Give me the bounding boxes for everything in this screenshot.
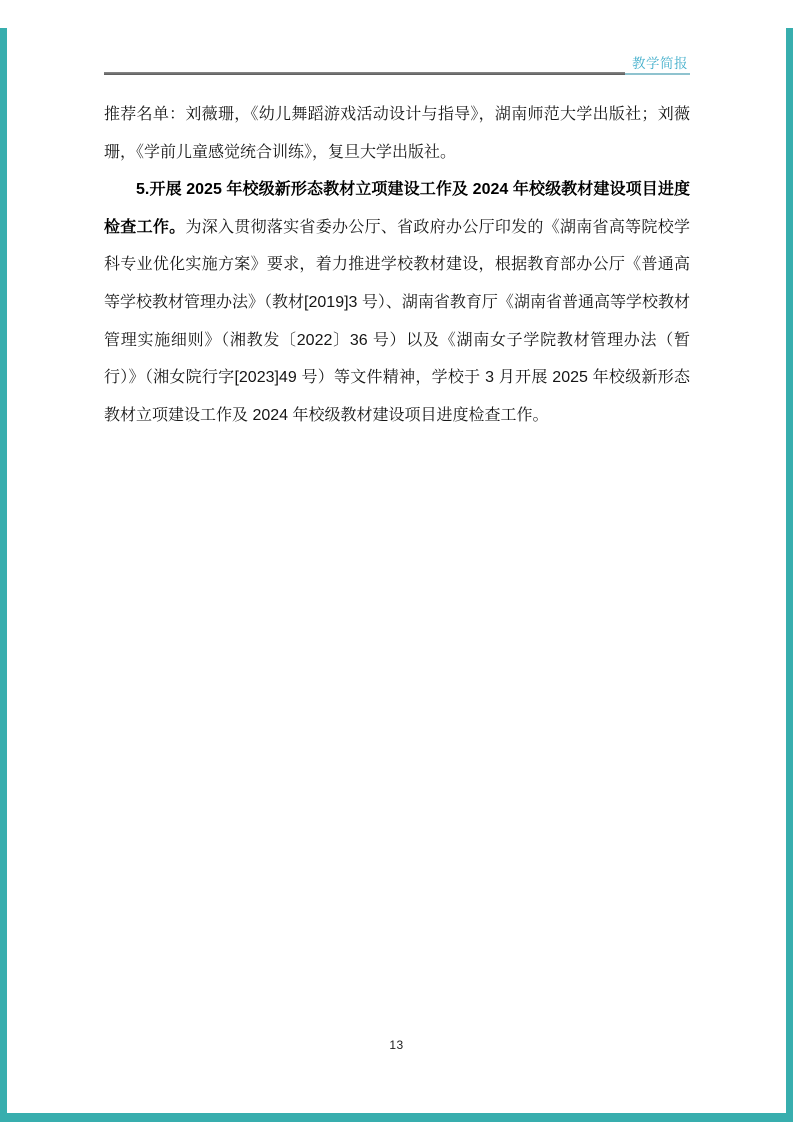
page-number: 13 xyxy=(0,1038,793,1052)
document-page: 教学简报 推荐名单：刘薇珊，《幼儿舞蹈游戏活动设计与指导》，湖南师范大学出版社；… xyxy=(0,0,793,1122)
header-rule xyxy=(104,72,625,75)
header-title: 教学简报 xyxy=(625,55,690,75)
paragraph-section-5: 5.开展 2025 年校级新形态教材立项建设工作及 2024 年校级教材建设项目… xyxy=(104,171,690,434)
page-header: 教学简报 xyxy=(104,56,690,75)
page-border-bottom xyxy=(0,1113,793,1122)
paragraph-recommend-list: 推荐名单：刘薇珊，《幼儿舞蹈游戏活动设计与指导》，湖南师范大学出版社；刘薇珊，《… xyxy=(104,96,690,171)
paragraph-text: 推荐名单：刘薇珊，《幼儿舞蹈游戏活动设计与指导》，湖南师范大学出版社；刘薇珊，《… xyxy=(104,106,690,161)
document-body: 推荐名单：刘薇珊，《幼儿舞蹈游戏活动设计与指导》，湖南师范大学出版社；刘薇珊，《… xyxy=(104,96,690,434)
page-border-right xyxy=(786,28,793,1122)
page-border-left xyxy=(0,28,7,1122)
paragraph-text: 为深入贯彻落实省委办公厅、省政府办公厅印发的《湖南省高等院校学科专业优化实施方案… xyxy=(104,219,690,424)
